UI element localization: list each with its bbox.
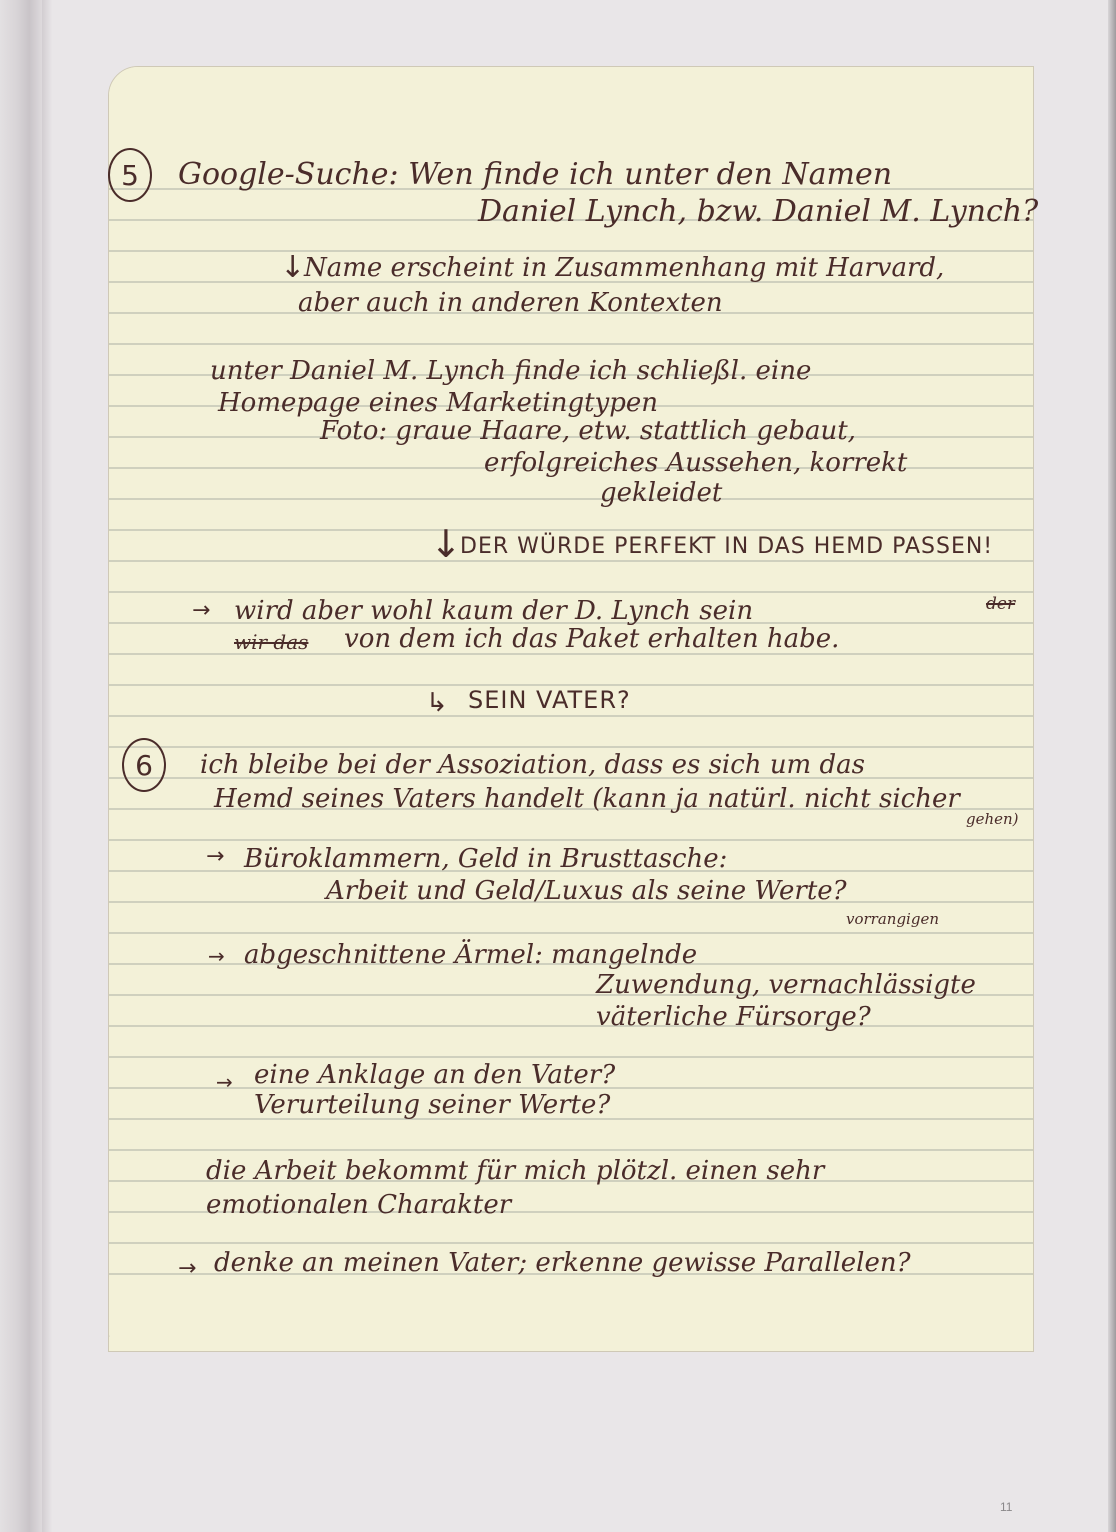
- doubt-line-2: von dem ich das Paket erhalten habe.: [344, 626, 839, 652]
- bullet-2-line-1: abgeschnittene Ärmel: mangelnde: [244, 942, 697, 968]
- book-gutter: [42, 0, 52, 1532]
- bullet-2-line-3: väterliche Fürsorge?: [596, 1004, 871, 1030]
- search-result-line-2: aber auch in anderen Kontexten: [298, 290, 723, 316]
- section-6-line-2-end: gehen): [966, 812, 1019, 827]
- bullet-1-line-2: Arbeit und Geld/Luxus als seine Werte?: [326, 878, 847, 904]
- section-5-marker: 5: [108, 148, 152, 202]
- section-6-marker: 6: [122, 738, 166, 792]
- conclusion-line: DER WÜRDE PERFEKT IN DAS HEMD PASSEN!: [460, 536, 993, 558]
- search-result-line-1: Name erscheint in Zusammenhang mit Harva…: [304, 255, 944, 281]
- question-line: SEIN VATER?: [468, 688, 631, 712]
- right-arrow-icon: →: [216, 1070, 233, 1094]
- section-6-line-1: ich bleibe bei der Assoziation, dass es …: [200, 752, 865, 778]
- photo-line-2: erfolgreiches Aussehen, korrekt: [484, 450, 907, 476]
- bullet-4: denke an meinen Vater; erkenne gewisse P…: [214, 1250, 911, 1276]
- bullet-3-line-1: eine Anklage an den Vater?: [254, 1062, 615, 1088]
- doubt-line-1: wird aber wohl kaum der D. Lynch sein: [234, 598, 753, 624]
- right-arrow-icon: →: [206, 844, 224, 869]
- photo-line-1: Foto: graue Haare, etw. stattlich gebaut…: [320, 418, 856, 444]
- page-right-edge: [1108, 0, 1116, 1532]
- book-binding-shadow: [0, 0, 42, 1532]
- page-number: 11: [1000, 1500, 1012, 1514]
- corner-arrow-icon: ↳: [426, 688, 448, 718]
- down-arrow-icon: ↓: [430, 522, 462, 566]
- bullet-1-line-1: Büroklammern, Geld in Brusttasche:: [244, 846, 727, 872]
- homepage-para-line-1: unter Daniel M. Lynch finde ich schließl…: [210, 358, 811, 384]
- emotional-para-line-1: die Arbeit bekommt für mich plötzl. eine…: [206, 1158, 824, 1184]
- down-arrow-icon: ↓: [280, 250, 305, 285]
- section-6-line-2: Hemd seines Vaters handelt (kann ja natü…: [214, 786, 960, 812]
- emotional-para-line-2: emotionalen Charakter: [206, 1192, 511, 1218]
- right-arrow-icon: →: [178, 1256, 196, 1281]
- right-arrow-icon: →: [208, 944, 225, 968]
- homepage-para-line-2: Homepage eines Marketingtypen: [218, 390, 658, 416]
- bullet-2-line-2: Zuwendung, vernachlässigte: [596, 972, 976, 998]
- photo-line-3: gekleidet: [600, 480, 722, 506]
- struck-word-1: der: [986, 596, 1015, 613]
- right-arrow-icon: →: [192, 598, 210, 623]
- struck-word-2: wir das: [234, 632, 308, 652]
- section-5-line-2: Daniel Lynch, bzw. Daniel M. Lynch?: [478, 197, 1038, 227]
- bullet-3-line-2: Verurteilung seiner Werte?: [254, 1092, 610, 1118]
- bullet-1-insert: vorrangigen: [846, 912, 939, 927]
- section-5-line-1: Google-Suche: Wen finde ich unter den Na…: [178, 160, 892, 190]
